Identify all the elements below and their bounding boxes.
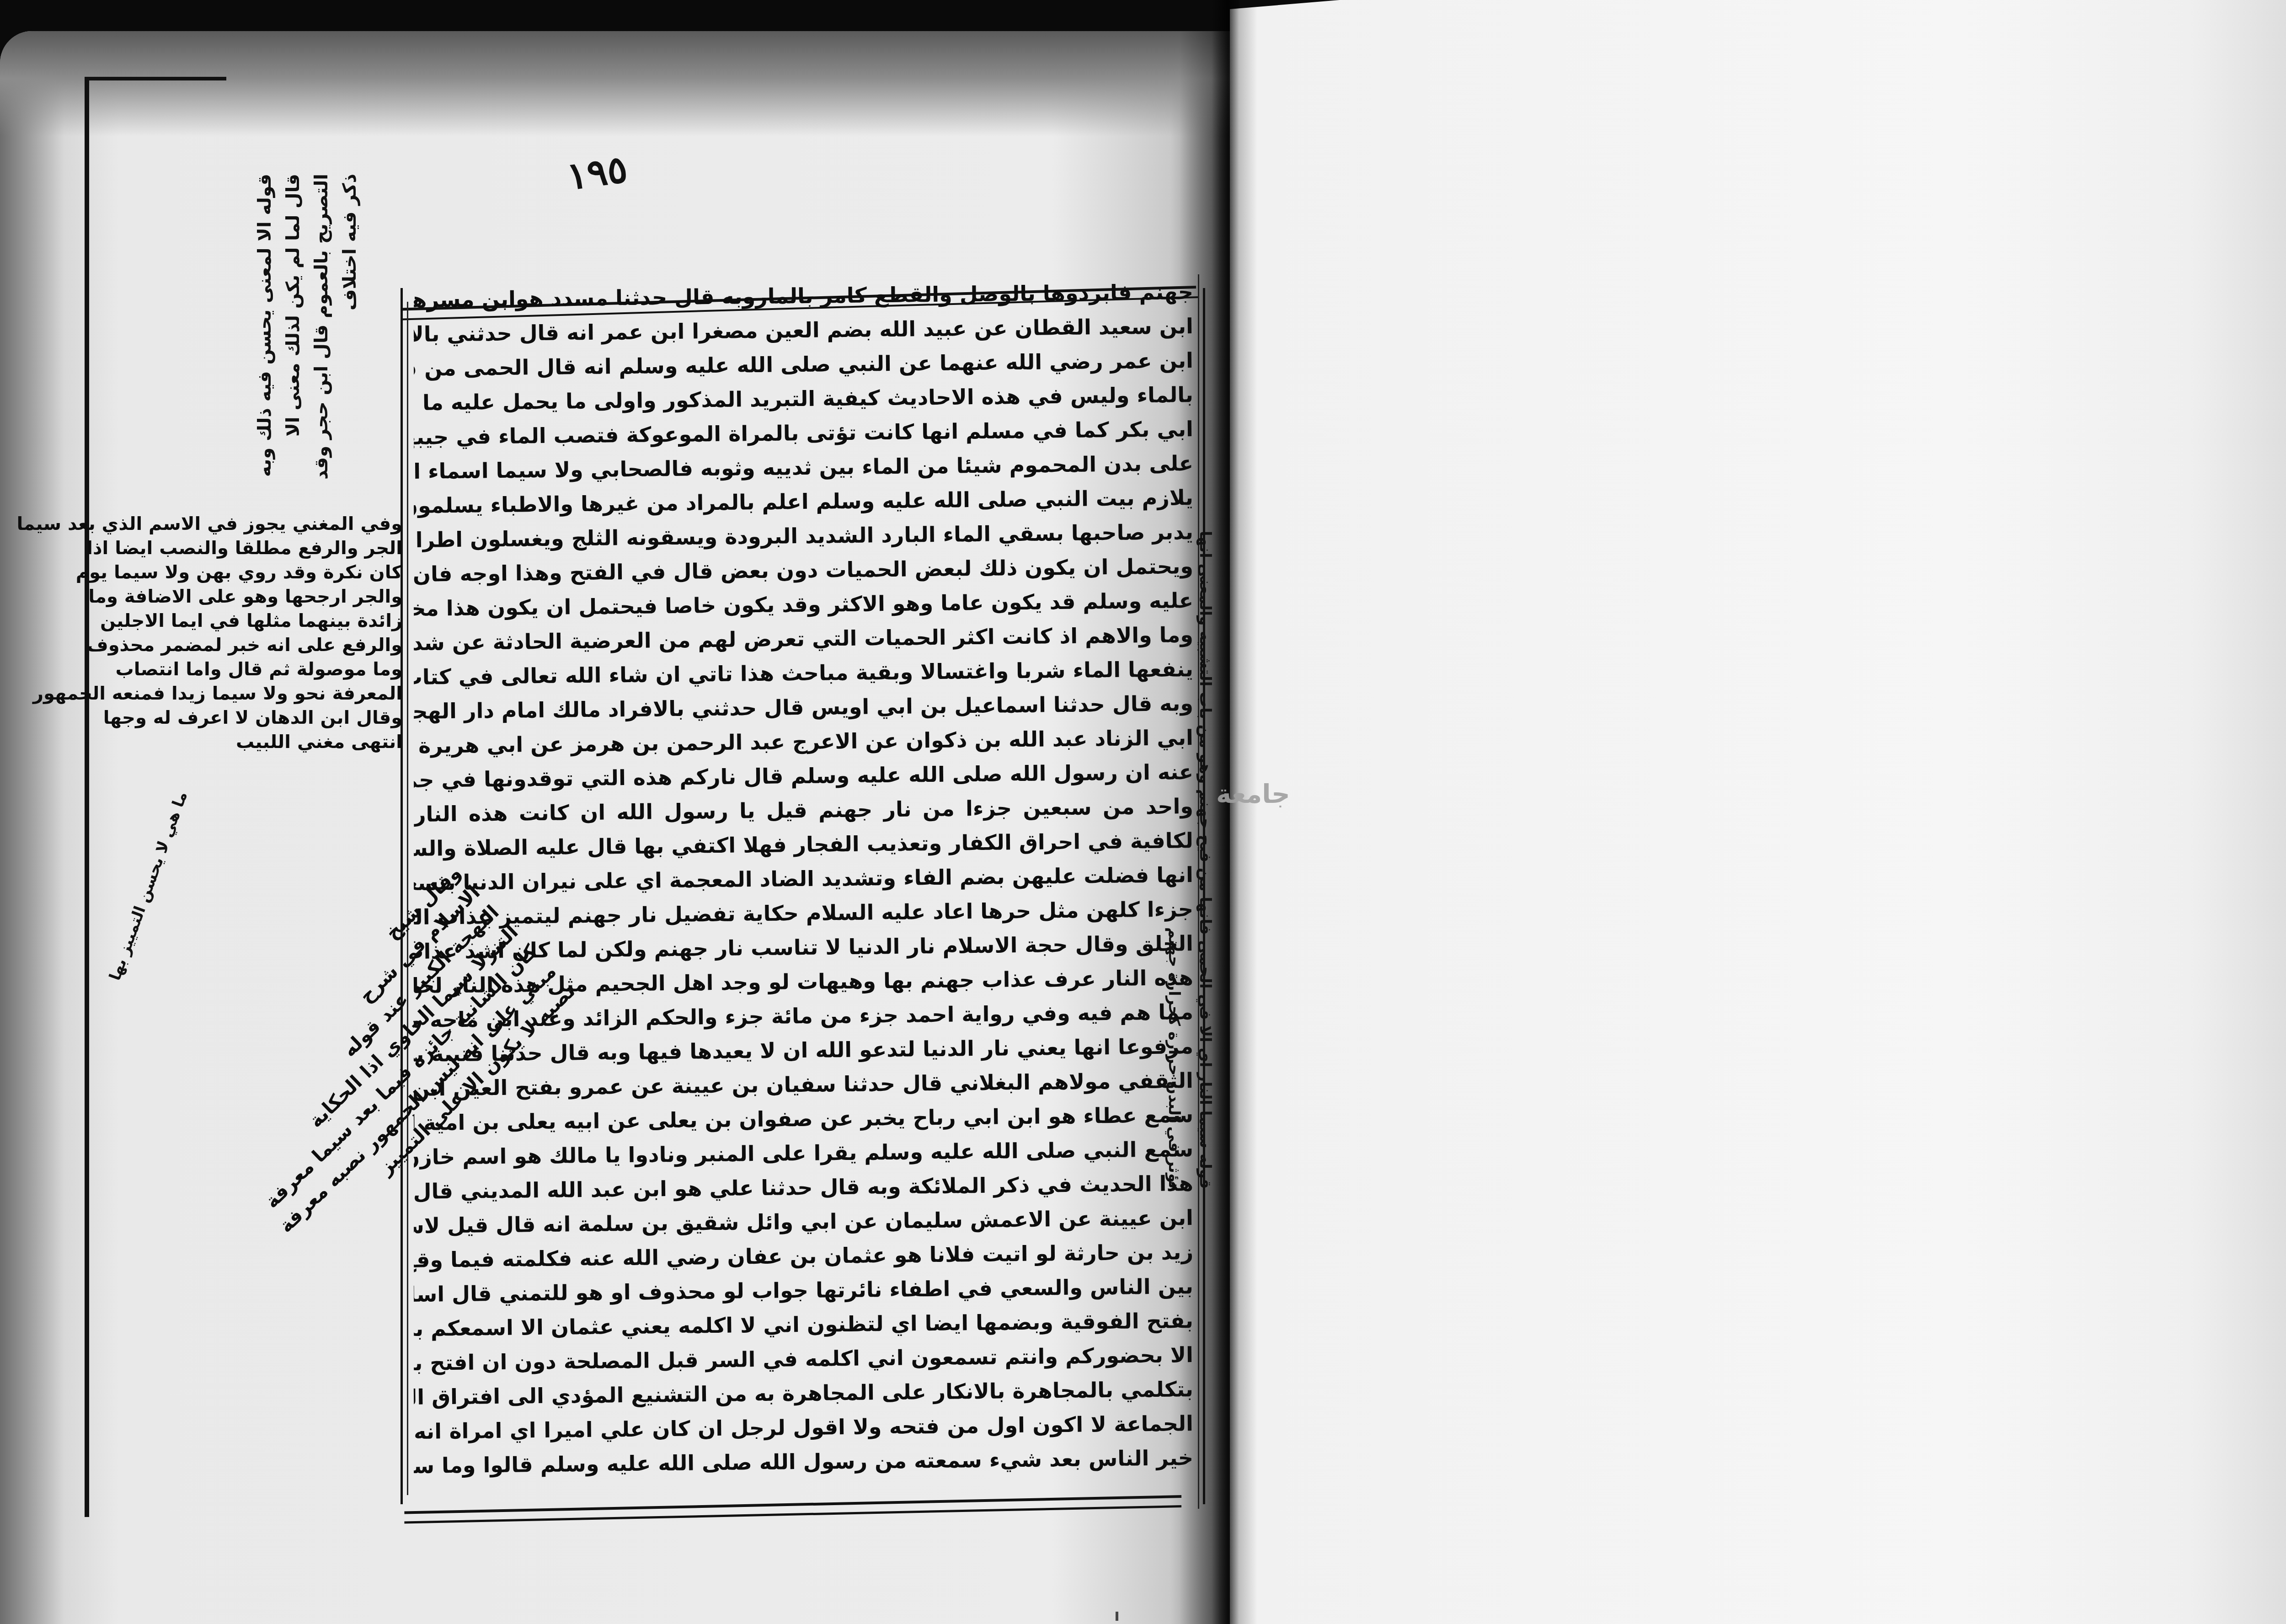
outer-border-rule-top	[85, 77, 226, 80]
margin-note-line: والجر ارجحها وهو على الاضافة وما	[146, 585, 402, 609]
margin-note-line: زائدة بينهما مثلها في ايما الاجلين	[146, 609, 402, 633]
blank-facing-page	[1230, 0, 2286, 1624]
margin-note-line: وقال ابن الدهان لا اعرف له وجها	[146, 706, 402, 730]
margin-note-line: انتهى مغني اللبيب	[146, 730, 402, 754]
margin-note-line: كان نكرة وقد روي بهن ولا سيما يوم	[146, 561, 402, 585]
scan-edge-mark	[1116, 1612, 1118, 1621]
outer-border-rule	[85, 77, 89, 1517]
margin-note-line: والرفع على انه خبر لمضمر محذوف	[146, 633, 402, 657]
main-text-block: جهنم فابردوها بالوصل والقطع كامر بالمارو…	[414, 279, 1193, 1479]
margin-note-vertical-right: قوله سيما النار اي الا في الحمى فانها من…	[1143, 512, 1221, 1189]
margin-note-line: وفي المغني يجوز في الاسم الذي بعد سيما	[146, 512, 402, 536]
library-watermark-stamp: جامعة	[1216, 780, 1290, 809]
folio-number: ١٩٥	[564, 147, 630, 198]
margin-note-vertical-top-left: قوله الا لمعنى يحسن فيه ذلك وبه قال لما …	[251, 174, 397, 512]
margin-note-line: الجر والرفع مطلقا والنصب ايضا اذا	[146, 536, 402, 561]
margin-note-horizontal-left: وفي المغني يجوز في الاسم الذي بعد سيماال…	[146, 512, 402, 754]
scanned-spread: ١٩٥ جهنم فابردوها بالوصل والقطع كامر بال…	[0, 0, 2286, 1624]
margin-note-line: وما موصولة ثم قال واما انتصاب	[146, 657, 402, 682]
margin-note-line: المعرفة نحو ولا سيما زيدا فمنعه الجمهور	[146, 682, 402, 706]
